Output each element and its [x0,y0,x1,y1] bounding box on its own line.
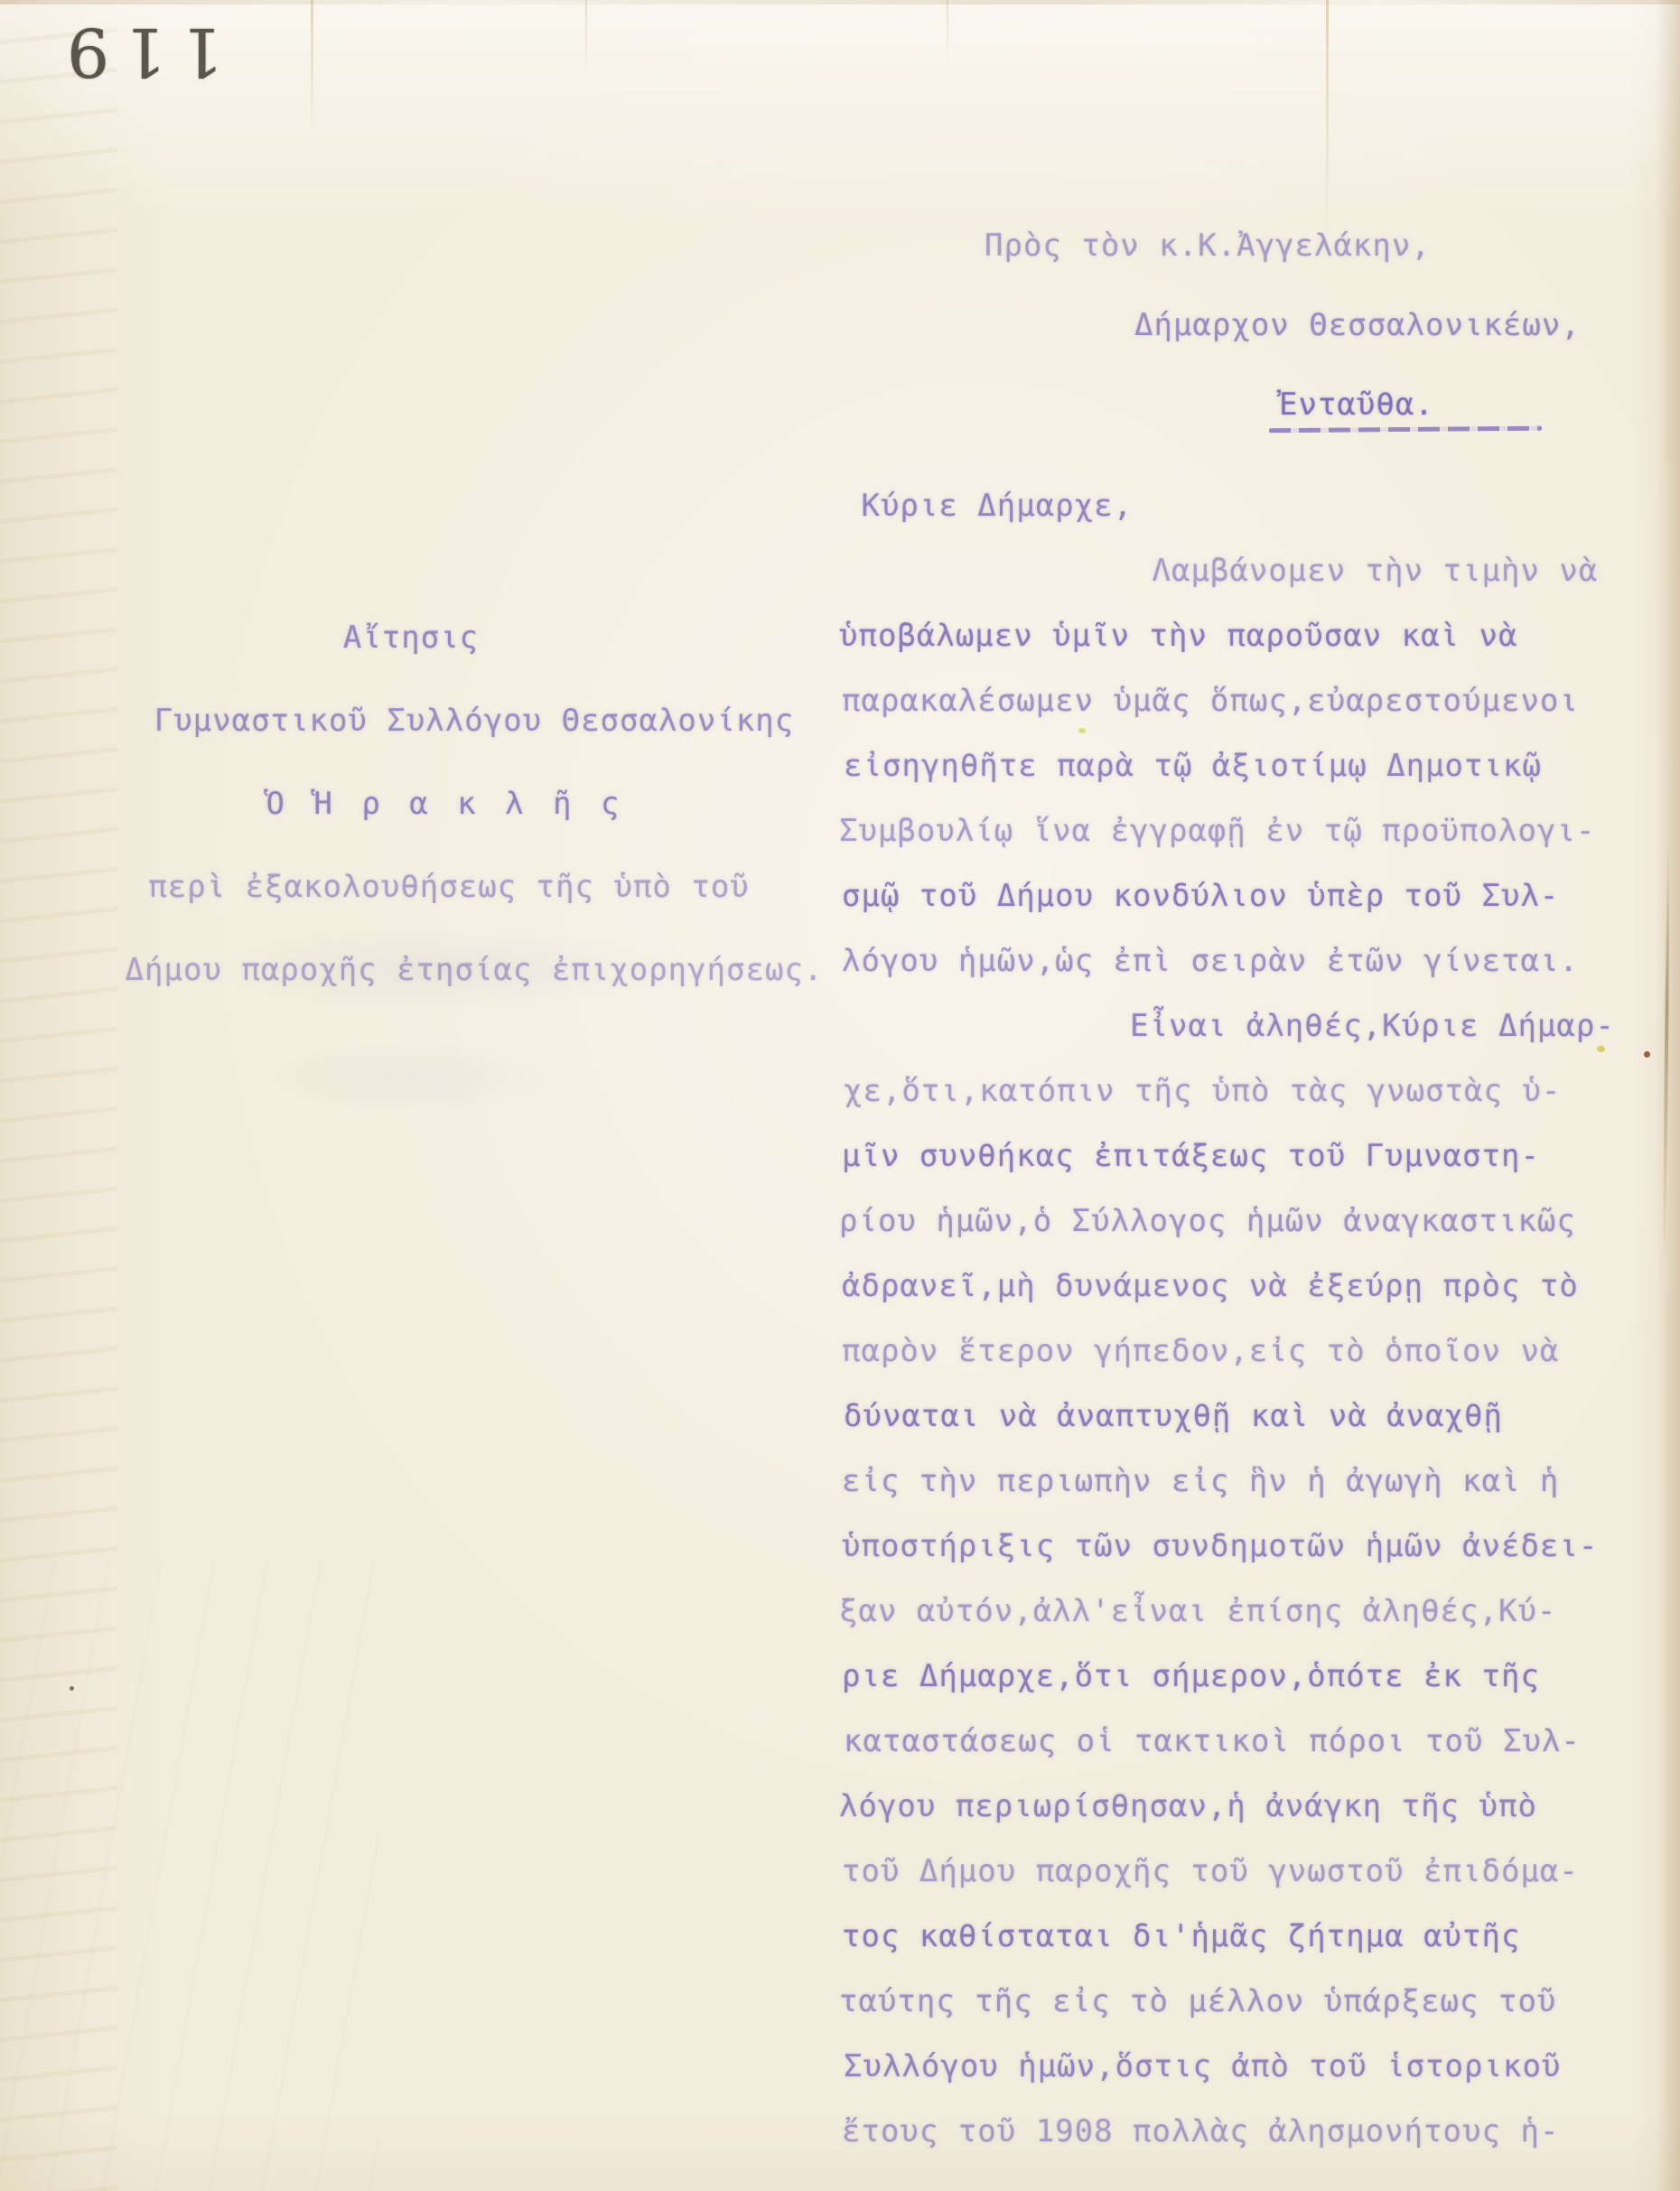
paper-crease [947,0,948,63]
paper-speck [1644,1051,1650,1058]
paper-crease [311,0,313,135]
body-line: ρίου ἡμῶν,ὁ Σύλλογος ἡμῶν ἀναγκαστικῶς [839,1189,1615,1254]
paper-crease [1326,0,1329,235]
document-page: 119 Πρὸς τὸν κ.Κ.Ἀγγελάκην,Δήμαρχον Θεσσ… [0,0,1680,2191]
paper-wrinkles-bottom-left [0,1559,379,2191]
subject-line: Δήμου παροχῆς ἐτησίας ἐπιχορηγήσεως. [117,928,831,1012]
recipient-address-block: Πρὸς τὸν κ.Κ.Ἀγγελάκην,Δήμαρχον Θεσσαλον… [957,206,1581,444]
archive-number-stamp: 119 [52,13,223,90]
body-line: Κύριε Δήμαρχε, [842,473,1618,538]
subject-line: Αἴτησις [54,596,768,679]
recipient-line: Δήμαρχον Θεσσαλονικέων, [1134,285,1581,365]
paper-crease [585,0,587,81]
subject-line: περὶ ἐξακολουθήσεως τῆς ὑπὸ τοῦ [92,845,806,928]
ink-bleedthrough-smudge [266,1039,555,1115]
recipient-line: Ἐνταῦθα. [1279,365,1581,444]
body-line: καταστάσεως οἱ τακτικοὶ πόροι τοῦ Συλ- [844,1709,1619,1774]
body-line: ταύτης τῆς εἰς τὸ μέλλον ὑπάρξεως τοῦ [839,1969,1615,2034]
body-line: ὑποβάλωμεν ὑμῖν τὴν παροῦσαν καὶ νὰ [839,603,1615,668]
body-line: παρακαλέσωμεν ὑμᾶς ὅπως,εὐαρεστούμενοι [842,668,1618,733]
body-line: τοῦ Δήμου παροχῆς τοῦ γνωστοῦ ἐπιδόμα- [842,1839,1618,1904]
body-line: Εἶναι ἀληθές,Κύριε Δήμαρ- [839,993,1615,1058]
body-line: ριε Δήμαρχε,ὅτι σήμερον,ὁπότε ἐκ τῆς [842,1644,1618,1709]
body-line: λόγου περιωρίσθησαν,ἡ ἀνάγκη τῆς ὑπὸ [839,1774,1615,1839]
body-line: χε,ὅτι,κατόπιν τῆς ὑπὸ τὰς γνωστὰς ὑ- [844,1058,1619,1123]
subject-line: Ὁ Ἡ ρ α κ λ ῆ ς [89,762,802,845]
body-line: ἔτους τοῦ 1908 πολλὰς ἀλησμονήτους ἡ- [842,2099,1618,2164]
body-line: μῖν συνθήκας ἐπιτάξεως τοῦ Γυμναστη- [842,1123,1618,1189]
body-line: ἀδρανεῖ,μὴ δυνάμενος νὰ ἐξεύρῃ πρὸς τὸ [842,1254,1618,1319]
subject-line: Γυμναστικοῦ Συλλόγου Θεσσαλονίκης [117,679,831,762]
body-line: Συμβουλίῳ ἵνα ἐγγραφῇ ἐν τῷ προϋπολογι- [839,798,1615,863]
recipient-line: Πρὸς τὸν κ.Κ.Ἀγγελάκην, [985,206,1581,285]
letter-body: Κύριε Δήμαρχε, Λαμβάνομεν τὴν τιμὴν νὰὑπ… [842,473,1618,2164]
paper-edge-shadow [1657,0,1680,2191]
paper-top-edge [0,0,1680,5]
body-line: λόγου ἡμῶν,ὡς ἐπὶ σειρὰν ἐτῶν γίνεται. [842,928,1618,993]
body-line: δύναται νὰ ἀναπτυχθῇ καὶ νὰ ἀναχθῇ [844,1384,1619,1449]
body-line: ξαν αὐτόν,ἀλλ'εἶναι ἐπίσης ἀληθές,Κύ- [839,1579,1615,1644]
body-line: ὑποστήριξις τῶν συνδημοτῶν ἡμῶν ἀνέδει- [842,1514,1618,1579]
body-line: τος καθίσταται δι'ἡμᾶς ζήτημα αὐτῆς [842,1904,1618,1969]
paper-edge-curl [1663,840,1671,1264]
body-line: παρὸν ἕτερον γήπεδον,εἰς τὸ ὁποῖον νὰ [842,1319,1618,1384]
petition-subject-block: ΑἴτησιςΓυμναστικοῦ Συλλόγου Θεσσαλονίκης… [117,596,831,1012]
body-line: εἰς τὴν περιωπὴν εἰς ἣν ἡ ἀγωγὴ καὶ ἡ [842,1449,1618,1514]
body-line: σμῷ τοῦ Δήμου κονδύλιον ὑπὲρ τοῦ Συλ- [842,863,1618,928]
paper-wrinkles-left [0,0,117,2191]
paper-speck [70,1686,74,1691]
body-line: Συλλόγου ἡμῶν,ὅστις ἀπὸ τοῦ ἱστορικοῦ [844,2034,1619,2099]
body-line: εἰσηγηθῆτε παρὰ τῷ ἀξιοτίμῳ Δημοτικῷ [844,733,1619,798]
body-line: Λαμβάνομεν τὴν τιμὴν νὰ [842,538,1618,603]
